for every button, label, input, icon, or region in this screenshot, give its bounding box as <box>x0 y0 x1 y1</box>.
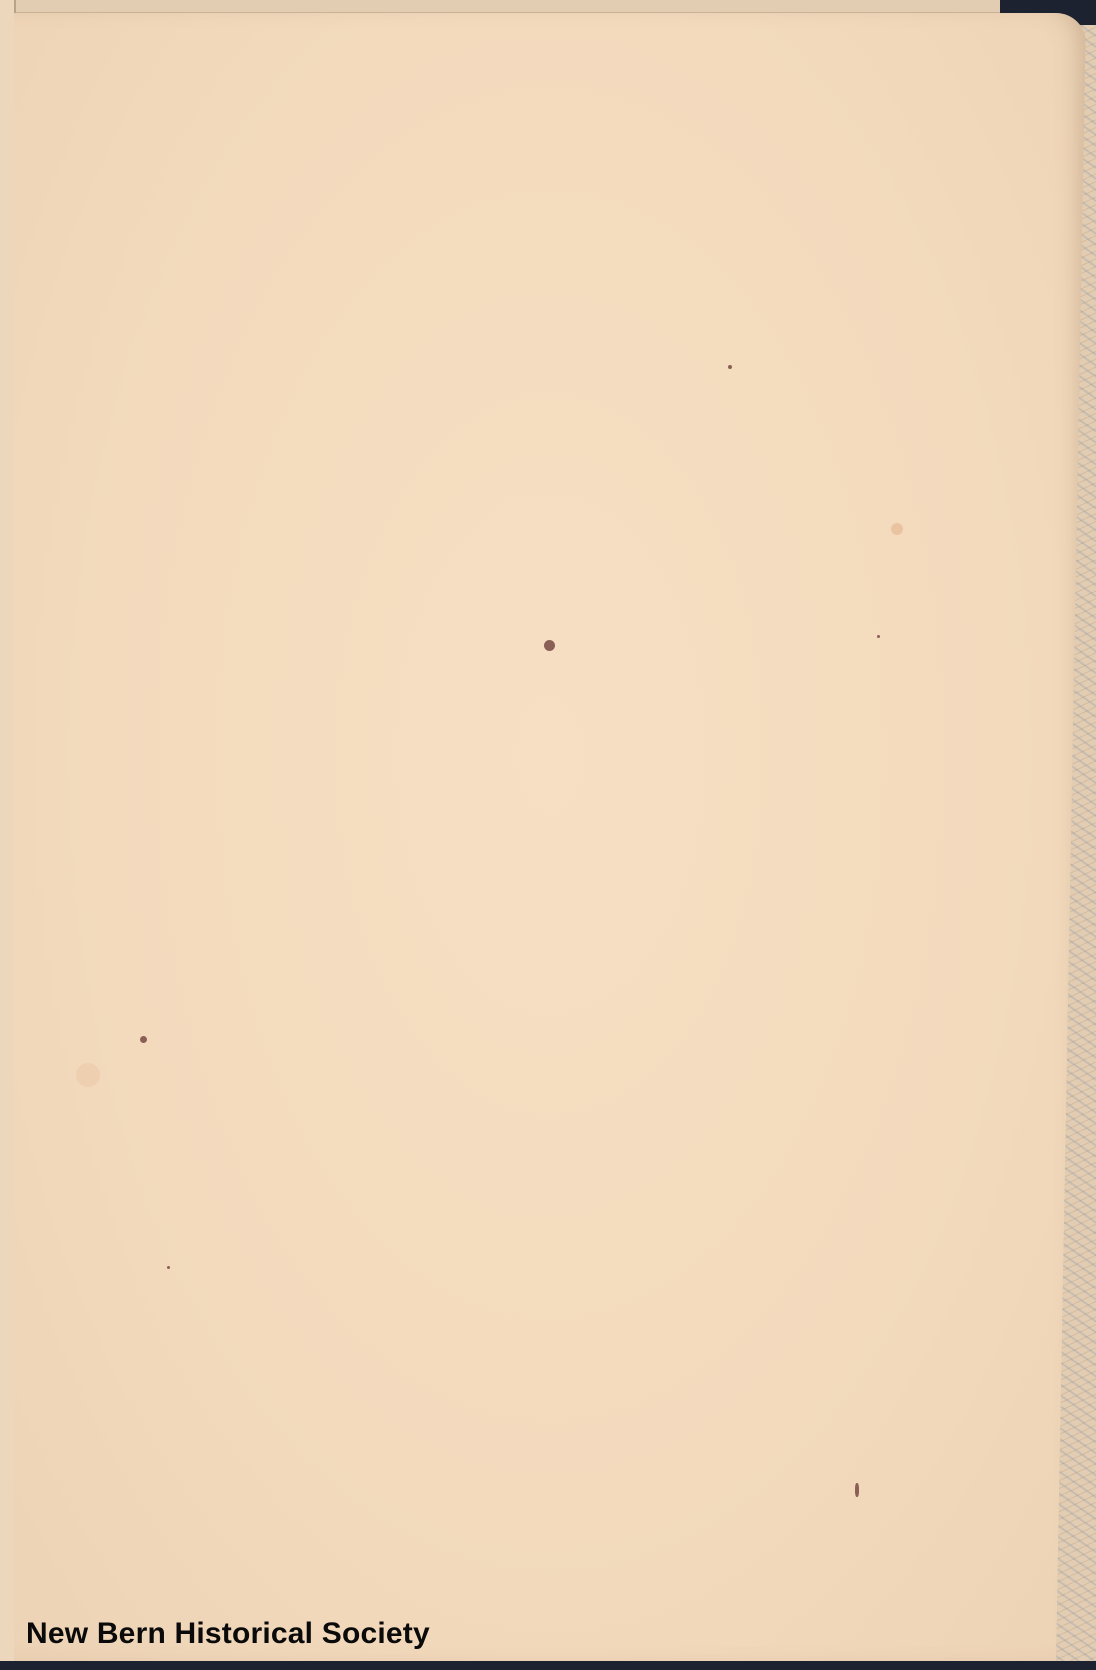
paper-stain <box>76 1063 100 1087</box>
paper-spot <box>544 640 555 651</box>
paper-spot <box>877 635 880 638</box>
top-edge-strip <box>0 0 1000 13</box>
paper-spot <box>167 1266 170 1269</box>
paper-stain <box>891 523 903 535</box>
paper-spot <box>855 1483 859 1497</box>
paper-spot <box>728 365 732 369</box>
bottom-background-band <box>0 1661 1096 1670</box>
left-binding-strip <box>0 0 16 1662</box>
paper-spot <box>140 1036 147 1043</box>
blank-page <box>14 13 1086 1661</box>
watermark-text: New Bern Historical Society <box>26 1617 430 1651</box>
